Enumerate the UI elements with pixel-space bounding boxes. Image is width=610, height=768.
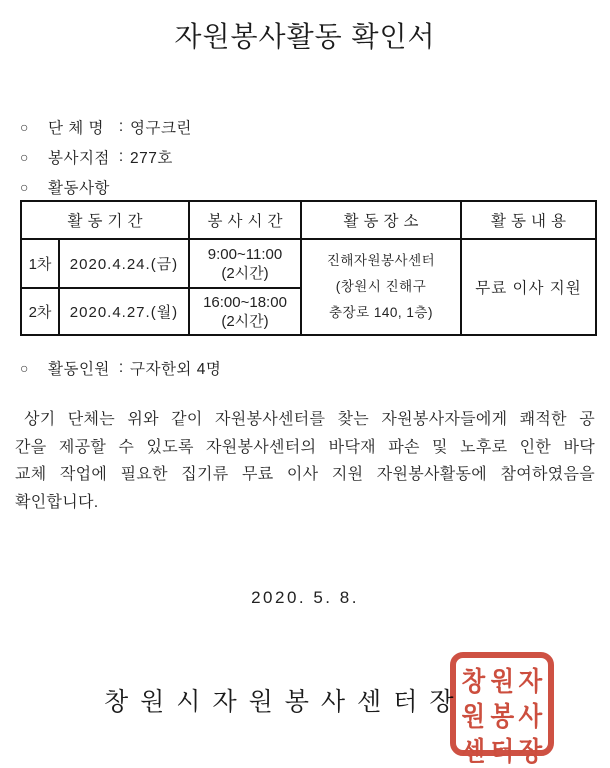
col-header-time: 봉사시간 bbox=[189, 201, 301, 239]
circle-bullet-icon: ○ bbox=[20, 149, 36, 165]
table-header-row: 활동기간 봉사시간 활동장소 활동내용 bbox=[21, 201, 596, 239]
seal-character: 장 bbox=[516, 729, 545, 768]
info-colon: : bbox=[112, 359, 130, 377]
issue-date: 2020. 5. 8. bbox=[0, 588, 610, 608]
info-label: 활동사항 bbox=[48, 176, 112, 198]
paragraph-line: 교체 작업에 필요한 집기류 무료 이사 지원 자원봉사활동에 참여하였음을 bbox=[15, 461, 595, 489]
seal-character: 원 bbox=[459, 694, 488, 733]
col-header-period: 활동기간 bbox=[21, 201, 189, 239]
page-title: 자원봉사활동 확인서 bbox=[0, 22, 610, 52]
round-number-cell: 2차 bbox=[21, 288, 59, 335]
info-item-organization: ○ 단 체 명 : 영구크린 bbox=[20, 112, 192, 142]
circle-bullet-icon: ○ bbox=[20, 119, 36, 135]
seal-character: 봉 bbox=[487, 694, 516, 733]
date-cell: 2020.4.27.(월) bbox=[59, 288, 189, 335]
info-colon: : bbox=[112, 118, 130, 136]
round-number-cell: 1차 bbox=[21, 239, 59, 288]
issuer-signature: 창원시자원봉사센터장 bbox=[104, 686, 466, 718]
info-label: 단 체 명 bbox=[48, 116, 112, 138]
content-cell: 무료 이사 지원 bbox=[461, 239, 596, 335]
certificate-document: 자원봉사활동 확인서 ○ 단 체 명 : 영구크린 ○ 봉사지점 : 277호 … bbox=[0, 0, 610, 768]
info-list: ○ 단 체 명 : 영구크린 ○ 봉사지점 : 277호 ○ 활동사항 bbox=[20, 112, 192, 202]
col-header-place: 활동장소 bbox=[301, 201, 461, 239]
time-line: (2시간) bbox=[190, 264, 300, 283]
info-label: 활동인원 bbox=[48, 357, 112, 379]
seal-character: 사 bbox=[516, 694, 545, 733]
info-label: 봉사지점 bbox=[48, 146, 112, 168]
time-line: (2시간) bbox=[190, 312, 300, 331]
info-colon: : bbox=[112, 148, 130, 166]
circle-bullet-icon: ○ bbox=[20, 360, 36, 376]
paragraph-line: 확인합니다. bbox=[15, 489, 595, 517]
time-cell: 16:00~18:00 (2시간) bbox=[189, 288, 301, 335]
official-seal-stamp: 창 원 자 원 봉 사 센 터 장 bbox=[450, 652, 554, 756]
seal-character: 센 bbox=[459, 729, 488, 768]
info-item-branch: ○ 봉사지점 : 277호 bbox=[20, 142, 192, 172]
activity-table: 활동기간 봉사시간 활동장소 활동내용 1차 2020.4.24.(금) 9:0… bbox=[20, 200, 597, 336]
time-line: 9:00~11:00 bbox=[190, 245, 300, 264]
place-cell: 진해자원봉사센터 (창원시 진해구 충장로 140, 1층) bbox=[301, 239, 461, 335]
seal-character: 창 bbox=[459, 659, 488, 698]
info-item-activity-details: ○ 활동사항 bbox=[20, 172, 192, 202]
info-value: 구자한외 4명 bbox=[130, 357, 221, 379]
seal-character: 터 bbox=[487, 729, 516, 768]
time-cell: 9:00~11:00 (2시간) bbox=[189, 239, 301, 288]
date-cell: 2020.4.24.(금) bbox=[59, 239, 189, 288]
place-line: 충장로 140, 1층) bbox=[302, 300, 460, 326]
circle-bullet-icon: ○ bbox=[20, 179, 36, 195]
seal-character: 원 bbox=[487, 659, 516, 698]
paragraph-line: 간을 제공할 수 있도록 자원봉사센터의 바닥재 파손 및 노후로 인한 바닥 bbox=[15, 434, 595, 462]
info-value: 영구크린 bbox=[130, 116, 192, 138]
place-line: 진해자원봉사센터 bbox=[302, 248, 460, 274]
paragraph-line: 상기 단체는 위와 같이 자원봉사센터를 찾는 자원봉사자들에게 쾌적한 공 bbox=[15, 406, 595, 434]
place-line: (창원시 진해구 bbox=[302, 274, 460, 300]
seal-character: 자 bbox=[516, 659, 545, 698]
time-line: 16:00~18:00 bbox=[190, 293, 300, 312]
confirmation-paragraph: 상기 단체는 위와 같이 자원봉사센터를 찾는 자원봉사자들에게 쾌적한 공 간… bbox=[15, 406, 595, 516]
members-line: ○ 활동인원 : 구자한외 4명 bbox=[20, 353, 221, 383]
col-header-content: 활동내용 bbox=[461, 201, 596, 239]
table-row: 1차 2020.4.24.(금) 9:00~11:00 (2시간) 진해자원봉사… bbox=[21, 239, 596, 288]
info-item-members: ○ 활동인원 : 구자한외 4명 bbox=[20, 353, 221, 383]
info-value: 277호 bbox=[130, 146, 173, 168]
